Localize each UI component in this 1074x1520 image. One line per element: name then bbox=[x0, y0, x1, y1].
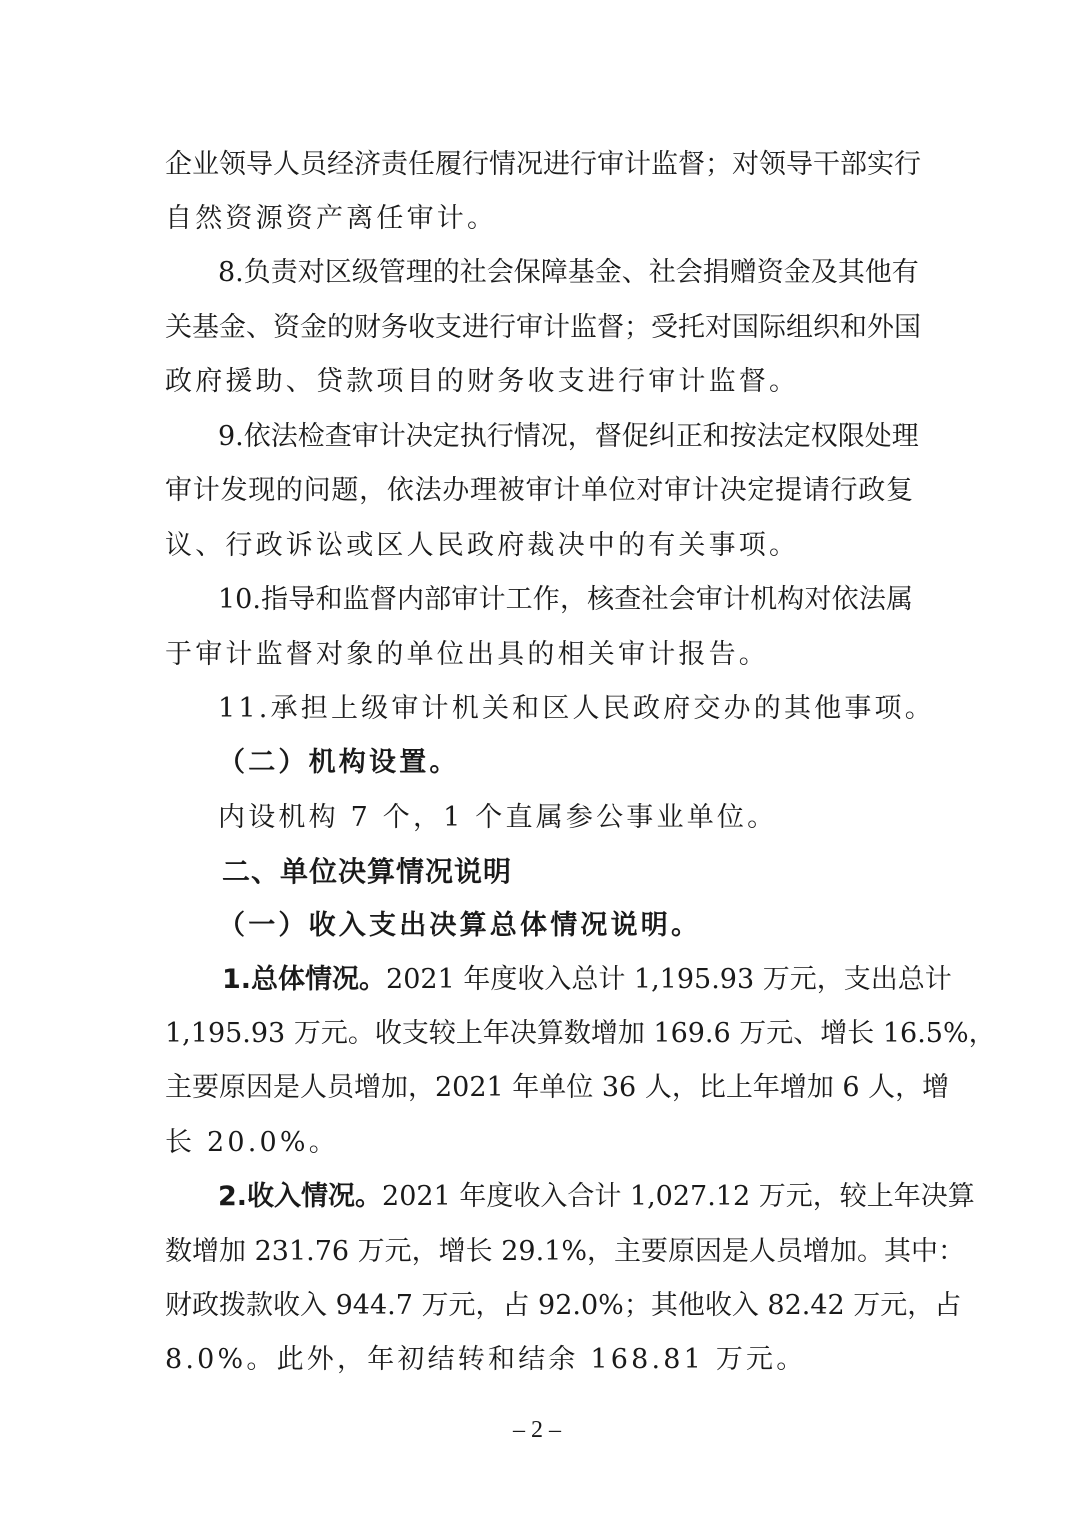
paragraph-line: 关基金、资金的财务收支进行审计监督；受托对国际组织和外国 bbox=[165, 311, 913, 345]
chapter-heading: 二、单位决算情况说明 bbox=[222, 855, 970, 889]
paragraph-line: 1,195.93 万元。收支较上年决算数增加 169.6 万元、增长 16.5%… bbox=[165, 1017, 913, 1051]
paragraph-line: 8.0%。此外，年初结转和结余 168.81 万元。 bbox=[165, 1343, 913, 1377]
paragraph-line: 内设机构 7 个，1 个直属参公事业单位。 bbox=[218, 801, 966, 835]
paragraph-line: 1.总体情况。2021 年度收入总计 1,195.93 万元，支出总计 bbox=[222, 963, 913, 997]
paragraph-line: 8.负责对区级管理的社会保障基金、社会捐赠资金及其他有 bbox=[218, 256, 913, 290]
paragraph-line: 9.依法检查审计决定执行情况，督促纠正和按法定权限处理 bbox=[218, 420, 913, 454]
paragraph-text: 2021 年度收入合计 1,027.12 万元，较上年决算 bbox=[382, 1181, 975, 1212]
paragraph-lead: 1.总体情况。 bbox=[222, 964, 386, 995]
paragraph-line: 11.承担上级审计机关和区人民政府交办的其他事项。 bbox=[218, 692, 966, 726]
paragraph-line: 于审计监督对象的单位出具的相关审计报告。 bbox=[165, 638, 913, 672]
paragraph-line: 数增加 231.76 万元，增长 29.1%，主要原因是人员增加。其中： bbox=[165, 1235, 913, 1269]
paragraph-line: 自然资源资产离任审计。 bbox=[165, 202, 913, 236]
paragraph-line: 政府援助、贷款项目的财务收支进行审计监督。 bbox=[165, 365, 913, 399]
paragraph-text: 2021 年度收入总计 1,195.93 万元，支出总计 bbox=[386, 964, 952, 995]
section-heading: （二）机构设置。 bbox=[218, 746, 966, 780]
paragraph-line: 主要原因是人员增加，2021 年单位 36 人，比上年增加 6 人，增 bbox=[165, 1071, 913, 1105]
paragraph-line: 2.收入情况。2021 年度收入合计 1,027.12 万元，较上年决算 bbox=[218, 1180, 913, 1214]
paragraph-line: 长 20.0%。 bbox=[165, 1126, 913, 1160]
document-page: 企业领导人员经济责任履行情况进行审计监督；对领导干部实行 自然资源资产离任审计。… bbox=[0, 0, 1074, 1520]
paragraph-line: 10.指导和监督内部审计工作，核查社会审计机构对依法属 bbox=[218, 583, 913, 617]
paragraph-lead: 2.收入情况。 bbox=[218, 1181, 382, 1212]
paragraph-line: 企业领导人员经济责任履行情况进行审计监督；对领导干部实行 bbox=[165, 148, 913, 182]
section-heading: （一）收入支出决算总体情况说明。 bbox=[218, 909, 966, 943]
paragraph-line: 审计发现的问题，依法办理被审计单位对审计决定提请行政复 bbox=[165, 474, 913, 508]
paragraph-line: 财政拨款收入 944.7 万元，占 92.0%；其他收入 82.42 万元，占 bbox=[165, 1289, 913, 1323]
page-number: – 2 – bbox=[0, 1417, 1074, 1444]
paragraph-line: 议、行政诉讼或区人民政府裁决中的有关事项。 bbox=[165, 529, 913, 563]
